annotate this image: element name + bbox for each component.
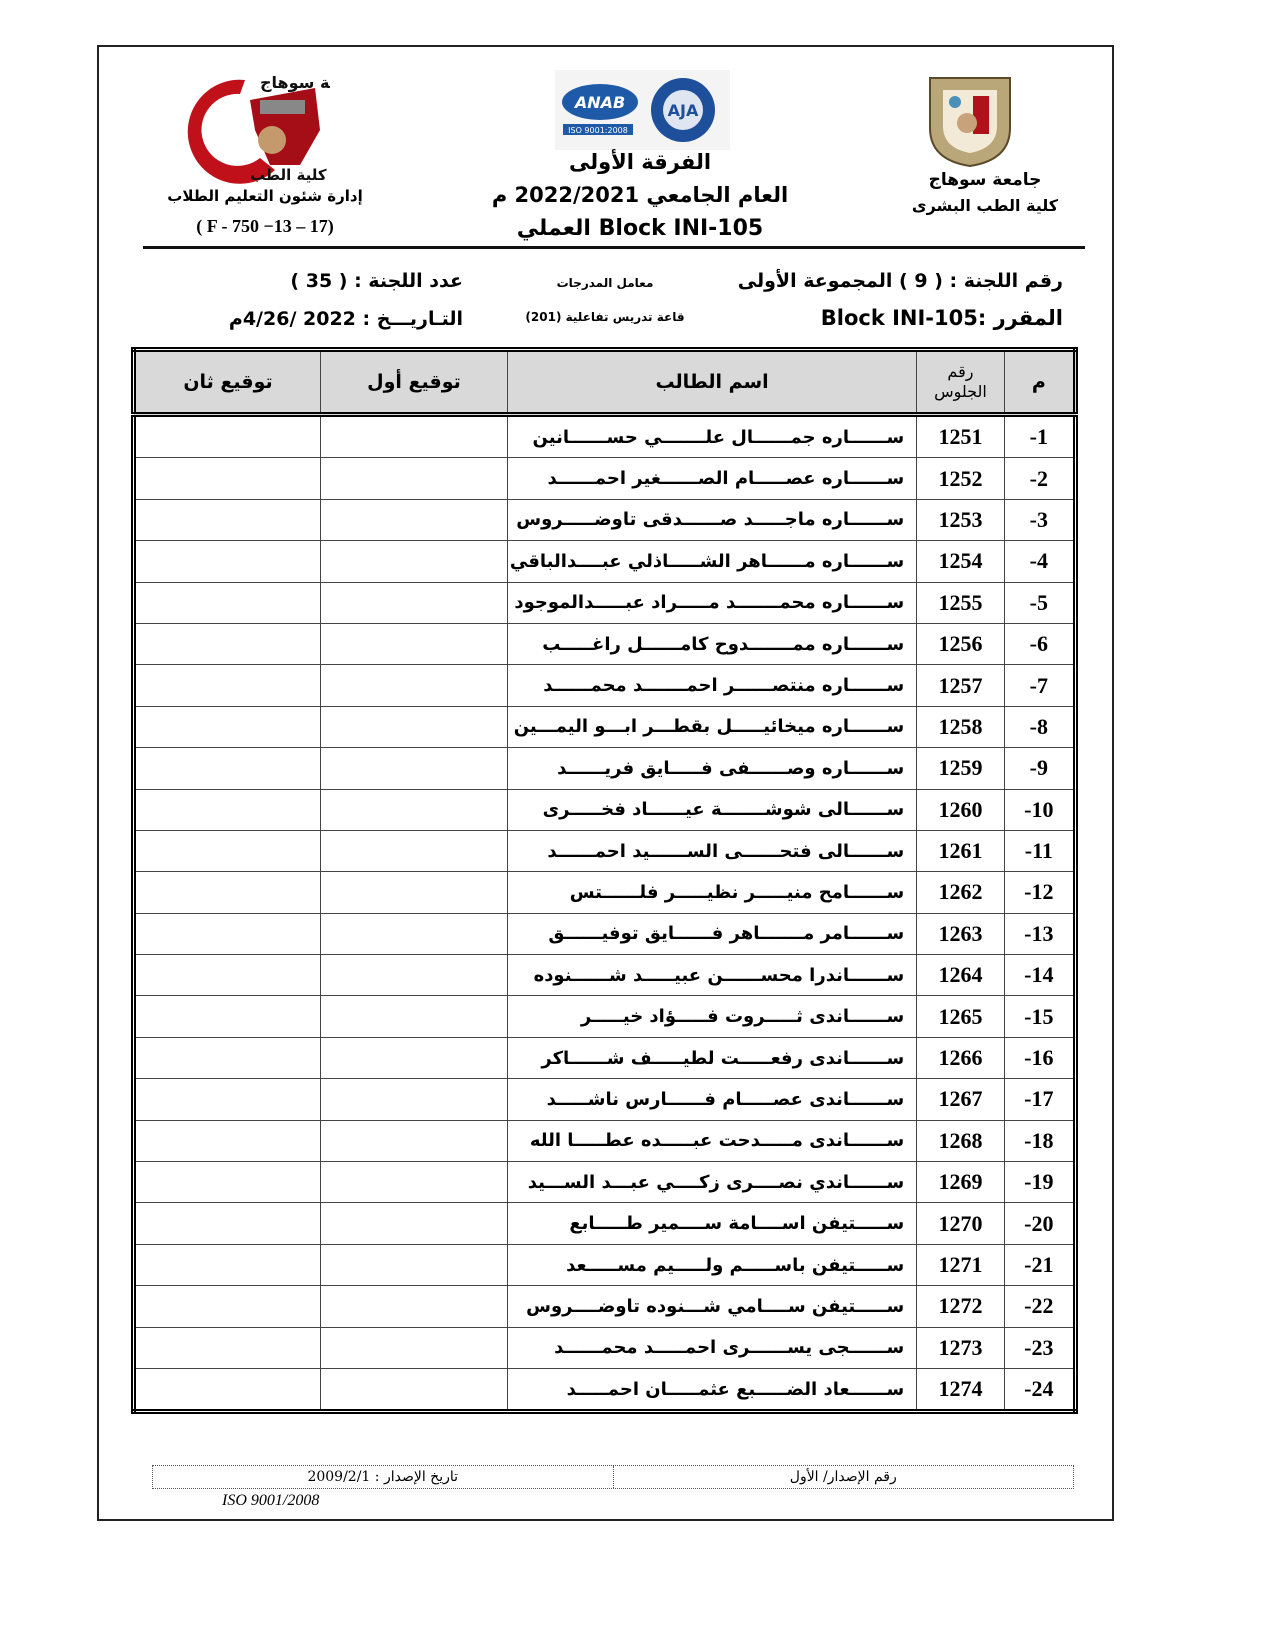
row-index-text: -5 <box>1030 590 1048 616</box>
header-divider <box>143 246 1085 249</box>
signature-2-cell[interactable] <box>134 706 321 747</box>
signature-1-cell[interactable] <box>320 789 507 830</box>
signature-1-cell[interactable] <box>320 1286 507 1327</box>
table-row: -161266ســــــاندى رفعـــــت لطيـــــف ش… <box>134 1037 1076 1078</box>
col-student-name: اسم الطالب <box>507 350 916 415</box>
row-index: -19 <box>1004 1162 1075 1203</box>
year-level: الفرقة الأولى <box>480 150 800 174</box>
table-row: -111261ســــــالى فتحــــــى الســــــيد… <box>134 830 1076 871</box>
seat-number: 1269 <box>917 1162 1004 1203</box>
academic-year: العام الجامعي 2022/2021 م <box>480 183 800 207</box>
row-index-text: -2 <box>1030 466 1048 492</box>
signature-2-cell[interactable] <box>134 1286 321 1327</box>
seat-number: 1272 <box>917 1286 1004 1327</box>
row-index: -6 <box>1004 623 1075 664</box>
row-index: -13 <box>1004 913 1075 954</box>
signature-1-cell[interactable] <box>320 830 507 871</box>
student-name: ســــــاندى ثـــــروت فـــــؤاد خيـــــر <box>507 996 916 1037</box>
signature-2-cell[interactable] <box>134 1120 321 1161</box>
row-index-text: -8 <box>1030 714 1048 740</box>
university-crest <box>925 68 1015 168</box>
row-index: -4 <box>1004 541 1075 582</box>
row-index-text: -3 <box>1030 507 1048 533</box>
signature-1-cell[interactable] <box>320 415 507 458</box>
form-code: ( F - 750 −13 – 17) <box>160 216 370 237</box>
seat-number: 1251 <box>917 415 1004 458</box>
student-name: ســــــاره عصـــــام الصــــــغير احمـــ… <box>507 458 916 499</box>
table-row: -211271ســـــتيفن باســـــم ولـــــيم مس… <box>134 1244 1076 1285</box>
signature-1-cell[interactable] <box>320 1037 507 1078</box>
seat-number: 1266 <box>917 1037 1004 1078</box>
svg-text:AJA: AJA <box>668 101 699 120</box>
col-signature-2: توقيع ثان <box>134 350 321 415</box>
row-index-text: -23 <box>1024 1335 1053 1361</box>
row-index: -11 <box>1004 830 1075 871</box>
svg-text:ISO 9001:2008: ISO 9001:2008 <box>568 126 628 135</box>
student-roster-table: م رقم الجلوس اسم الطالب توقيع أول توقيع … <box>131 347 1078 1414</box>
signature-1-cell[interactable] <box>320 955 507 996</box>
row-index: -21 <box>1004 1244 1075 1285</box>
row-index: -15 <box>1004 996 1075 1037</box>
table-row: -151265ســــــاندى ثـــــروت فـــــؤاد خ… <box>134 996 1076 1037</box>
table-row: -191269ســــــاندي نصــــرى زكــــي عبــ… <box>134 1162 1076 1203</box>
signature-2-cell[interactable] <box>134 1368 321 1411</box>
signature-1-cell[interactable] <box>320 499 507 540</box>
row-index: -9 <box>1004 748 1075 789</box>
student-name: ســـــتيفن اســــامة ســــمير طـــــابع <box>507 1203 916 1244</box>
row-index-text: -4 <box>1030 548 1048 574</box>
student-name: ســــــاندى رفعـــــت لطيـــــف شــــــا… <box>507 1037 916 1078</box>
row-index-text: -6 <box>1030 631 1048 657</box>
student-name: ســـــتيفن باســـــم ولـــــيم مســـــعد <box>507 1244 916 1285</box>
signature-2-cell[interactable] <box>134 1079 321 1120</box>
seat-number: 1270 <box>917 1203 1004 1244</box>
table-row: -171267ســــــاندى عصـــــام فــــــارس … <box>134 1079 1076 1120</box>
seat-number: 1258 <box>917 706 1004 747</box>
signature-2-cell[interactable] <box>134 996 321 1037</box>
signature-2-cell[interactable] <box>134 830 321 871</box>
table-row: -231273ســــــجى يســــــرى احمـــــد مح… <box>134 1327 1076 1368</box>
sohag-university-crest-icon <box>925 68 1015 168</box>
col-seat-number: رقم الجلوس <box>917 350 1004 415</box>
department-label: إدارة شئون التعليم الطلاب <box>160 187 370 205</box>
row-index-text: -24 <box>1024 1376 1053 1402</box>
seat-number: 1262 <box>917 872 1004 913</box>
row-index-text: -18 <box>1024 1128 1053 1154</box>
signature-1-cell[interactable] <box>320 1120 507 1161</box>
student-name: ســــــعاد الضـــــبع عثمـــــان احمــــ… <box>507 1368 916 1411</box>
row-index: -14 <box>1004 955 1075 996</box>
course-code: المقرر :Block INI-105 <box>821 306 1063 330</box>
row-index-text: -13 <box>1024 921 1053 947</box>
table-row: -31253ســــــاره ماجـــــد صــــــدقى تا… <box>134 499 1076 540</box>
table-row: -121262ســــــامح منيـــــر نظيـــــر فل… <box>134 872 1076 913</box>
table-body: -11251ســــــاره جمــــــال علـــــــي ح… <box>134 415 1076 1412</box>
seat-number: 1271 <box>917 1244 1004 1285</box>
committee-count: عدد اللجنة : ( 35 ) <box>290 270 463 292</box>
row-index: -22 <box>1004 1286 1075 1327</box>
accreditation-badges: ANAB ISO 9001:2008 AJA <box>555 70 730 150</box>
signature-2-cell[interactable] <box>134 1203 321 1244</box>
row-index: -20 <box>1004 1203 1075 1244</box>
table-row: -51255ســــــاره محمـــــــد مـــــراد ع… <box>134 582 1076 623</box>
student-name: ســــــاره منتصــــــر احمـــــــد محمــ… <box>507 665 916 706</box>
row-index: -16 <box>1004 1037 1075 1078</box>
table-row: -201270ســـــتيفن اســــامة ســــمير طــ… <box>134 1203 1076 1244</box>
row-index-text: -17 <box>1024 1086 1053 1112</box>
signature-2-cell[interactable] <box>134 1162 321 1203</box>
signature-2-cell[interactable] <box>134 1037 321 1078</box>
signature-1-cell[interactable] <box>320 1368 507 1411</box>
seat-number: 1273 <box>917 1327 1004 1368</box>
seat-number: 1268 <box>917 1120 1004 1161</box>
location-room: قاعة تدريس تفاعلية (201) <box>500 310 710 324</box>
row-index-text: -15 <box>1024 1004 1053 1030</box>
row-index: -8 <box>1004 706 1075 747</box>
table-row: -11251ســــــاره جمــــــال علـــــــي ح… <box>134 415 1076 458</box>
student-name: ســــــاره وصــــــفى فـــــايق فريـــــ… <box>507 748 916 789</box>
row-index: -10 <box>1004 789 1075 830</box>
signature-2-cell[interactable] <box>134 955 321 996</box>
col-seat-line2: الجلوس <box>917 382 1003 402</box>
signature-1-cell[interactable] <box>320 623 507 664</box>
signature-1-cell[interactable] <box>320 1327 507 1368</box>
signature-1-cell[interactable] <box>320 872 507 913</box>
iso-label: ISO 9001/2008 <box>222 1492 319 1510</box>
row-index-text: -12 <box>1024 879 1053 905</box>
exam-date: التـاريـــخ : 2022 /4/26م <box>229 308 463 330</box>
col-seat-line1: رقم <box>917 362 1003 382</box>
seat-number: 1254 <box>917 541 1004 582</box>
table-row: -71257ســــــاره منتصــــــر احمـــــــد… <box>134 665 1076 706</box>
row-index: -1 <box>1004 415 1075 458</box>
seat-number: 1252 <box>917 458 1004 499</box>
seat-number: 1260 <box>917 789 1004 830</box>
col-signature-1: توقيع أول <box>320 350 507 415</box>
signature-2-cell[interactable] <box>134 1244 321 1285</box>
signature-1-cell[interactable] <box>320 748 507 789</box>
student-name: ســــــاره ممـــــــدوح كامــــــل راغــ… <box>507 623 916 664</box>
row-index-text: -19 <box>1024 1169 1053 1195</box>
location-halls: معامل المدرجات <box>500 276 710 290</box>
footer-issue-box: رقم الإصدار/ الأول تاريخ الإصدار : 2009/… <box>152 1465 1074 1489</box>
row-index: -24 <box>1004 1368 1075 1411</box>
table-row: -181268ســــــاندى مـــــدحت عبـــــده ع… <box>134 1120 1076 1161</box>
issue-date: تاريخ الإصدار : 2009/2/1 <box>153 1466 614 1488</box>
student-name: ســــــاندى مـــــدحت عبـــــده عطـــــا… <box>507 1120 916 1161</box>
student-name: ســــــاره ماجـــــد صــــــدقى تاوضــــ… <box>507 499 916 540</box>
row-index: -5 <box>1004 582 1075 623</box>
university-name: جامعة سوهاج <box>905 170 1065 190</box>
signature-2-cell[interactable] <box>134 582 321 623</box>
table-row: -131263ســــــامر مـــــــاهر فــــــايق… <box>134 913 1076 954</box>
signature-2-cell[interactable] <box>134 623 321 664</box>
signature-1-cell[interactable] <box>320 1079 507 1120</box>
table-row: -241274ســــــعاد الضـــــبع عثمـــــان … <box>134 1368 1076 1411</box>
signature-2-cell[interactable] <box>134 913 321 954</box>
row-index-text: -16 <box>1024 1045 1053 1071</box>
seat-number: 1257 <box>917 665 1004 706</box>
row-index: -2 <box>1004 458 1075 499</box>
student-name: ســـــتيفن ســــامي شـــنوده تاوضــــروس <box>507 1286 916 1327</box>
seat-number: 1263 <box>917 913 1004 954</box>
student-name: ســــــاره مــــــاهر الشـــــاذلي عبـــ… <box>507 541 916 582</box>
seat-number: 1265 <box>917 996 1004 1037</box>
row-index-text: -9 <box>1030 755 1048 781</box>
col-index: م <box>1004 350 1075 415</box>
student-name: ســــــجى يســــــرى احمـــــد محمــــــ… <box>507 1327 916 1368</box>
row-index-text: -21 <box>1024 1252 1053 1278</box>
signature-1-cell[interactable] <box>320 541 507 582</box>
signature-2-cell[interactable] <box>134 415 321 458</box>
student-name: ســــــاندى عصـــــام فــــــارس ناشــــ… <box>507 1079 916 1120</box>
table-row: -101260ســــــالى شوشـــــــة عيــــــاد… <box>134 789 1076 830</box>
signature-2-cell[interactable] <box>134 1327 321 1368</box>
signature-1-cell[interactable] <box>320 1244 507 1285</box>
table-row: -21252ســــــاره عصـــــام الصــــــغير … <box>134 458 1076 499</box>
student-name: ســــــاندرا محســــــن عبيـــــد شـــــ… <box>507 955 916 996</box>
signature-2-cell[interactable] <box>134 458 321 499</box>
course-title: Block INI-105 العملي <box>480 216 800 241</box>
signature-1-cell[interactable] <box>320 665 507 706</box>
signature-2-cell[interactable] <box>134 665 321 706</box>
signature-2-cell[interactable] <box>134 748 321 789</box>
faculty-logo-left: جامعة سوهاج كلية الطب <box>150 70 330 185</box>
seat-number: 1264 <box>917 955 1004 996</box>
row-index: -7 <box>1004 665 1075 706</box>
signature-1-cell[interactable] <box>320 1203 507 1244</box>
seat-number: 1267 <box>917 1079 1004 1120</box>
row-index: -23 <box>1004 1327 1075 1368</box>
seat-number: 1256 <box>917 623 1004 664</box>
table-row: -91259ســــــاره وصــــــفى فـــــايق فر… <box>134 748 1076 789</box>
student-name: ســــــالى شوشـــــــة عيــــــاد فخــــ… <box>507 789 916 830</box>
student-name: ســــــامح منيـــــر نظيـــــر فلــــــت… <box>507 872 916 913</box>
student-name: ســــــالى فتحــــــى الســــــيد احمـــ… <box>507 830 916 871</box>
signature-1-cell[interactable] <box>320 706 507 747</box>
student-name: ســــــاره ميخائيـــــل بقطـــر ابـــو ا… <box>507 706 916 747</box>
svg-text:جامعة سوهاج: جامعة سوهاج <box>260 73 330 92</box>
row-index-text: -20 <box>1024 1211 1053 1237</box>
signature-1-cell[interactable] <box>320 458 507 499</box>
signature-1-cell[interactable] <box>320 913 507 954</box>
signature-1-cell[interactable] <box>320 582 507 623</box>
seat-number: 1261 <box>917 830 1004 871</box>
student-name: ســــــاره جمــــــال علـــــــي حســـــ… <box>507 415 916 458</box>
row-index: -3 <box>1004 499 1075 540</box>
faculty-name: كلية الطب البشرى <box>905 196 1065 215</box>
student-name: ســــــامر مـــــــاهر فــــــايق توفيــ… <box>507 913 916 954</box>
sohag-faculty-logo-icon: جامعة سوهاج كلية الطب <box>150 70 330 185</box>
signature-2-cell[interactable] <box>134 872 321 913</box>
signature-2-cell[interactable] <box>134 789 321 830</box>
row-index-text: -14 <box>1024 962 1053 988</box>
table-row: -221272ســـــتيفن ســــامي شـــنوده تاوض… <box>134 1286 1076 1327</box>
signature-1-cell[interactable] <box>320 1162 507 1203</box>
signature-2-cell[interactable] <box>134 499 321 540</box>
anab-aja-badge-icon: ANAB ISO 9001:2008 AJA <box>555 70 730 150</box>
student-name: ســــــاندي نصــــرى زكــــي عبـــد السـ… <box>507 1162 916 1203</box>
student-name: ســــــاره محمـــــــد مـــــراد عبـــــ… <box>507 582 916 623</box>
seat-number: 1274 <box>917 1368 1004 1411</box>
row-index-text: -22 <box>1024 1293 1053 1319</box>
signature-2-cell[interactable] <box>134 541 321 582</box>
table-row: -81258ســــــاره ميخائيـــــل بقطـــر اب… <box>134 706 1076 747</box>
signature-1-cell[interactable] <box>320 996 507 1037</box>
svg-text:كلية الطب: كلية الطب <box>250 166 327 184</box>
table-row: -141264ســــــاندرا محســــــن عبيـــــد… <box>134 955 1076 996</box>
row-index-text: -1 <box>1030 424 1048 450</box>
row-index-text: -10 <box>1024 797 1053 823</box>
seat-number: 1253 <box>917 499 1004 540</box>
row-index: -18 <box>1004 1120 1075 1161</box>
issue-number: رقم الإصدار/ الأول <box>614 1466 1074 1488</box>
row-index-text: -11 <box>1025 838 1053 864</box>
row-index: -17 <box>1004 1079 1075 1120</box>
committee-number: رقم اللجنة : ( 9 ) المجموعة الأولى <box>738 270 1063 292</box>
table-row: -61256ســــــاره ممـــــــدوح كامــــــل… <box>134 623 1076 664</box>
table-header-row: م رقم الجلوس اسم الطالب توقيع أول توقيع … <box>134 350 1076 415</box>
row-index-text: -7 <box>1030 673 1048 699</box>
table-row: -41254ســــــاره مــــــاهر الشـــــاذلي… <box>134 541 1076 582</box>
svg-text:ANAB: ANAB <box>573 93 625 112</box>
row-index: -12 <box>1004 872 1075 913</box>
seat-number: 1259 <box>917 748 1004 789</box>
seat-number: 1255 <box>917 582 1004 623</box>
